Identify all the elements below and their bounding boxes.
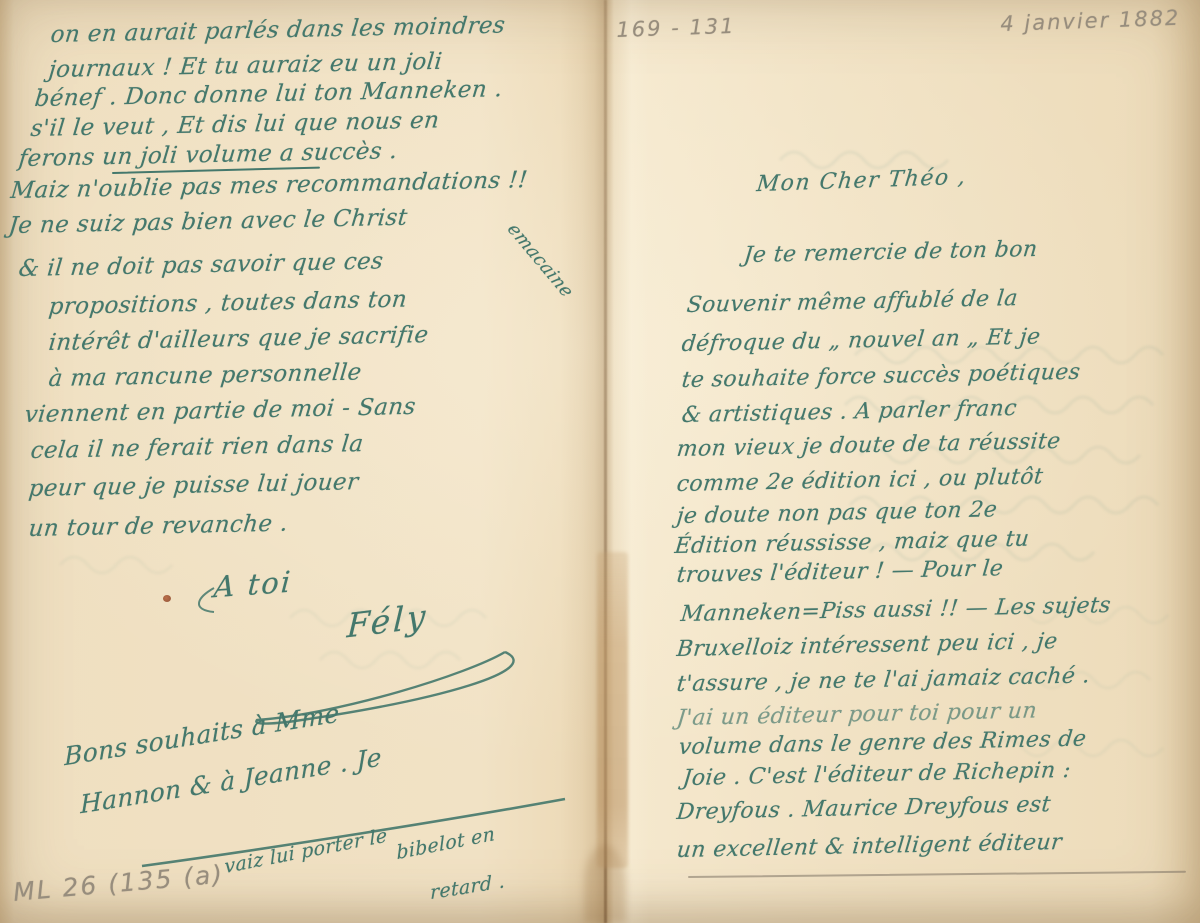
letter-line: Dreyfous . Maurice Dreyfous est — [675, 792, 1052, 825]
letter-line: défroque du „ nouvel an „ Et je — [680, 324, 1041, 357]
salutation: Mon Cher Théo , — [755, 165, 968, 197]
letter-line: comme 2e édition ici , ou plutôt — [675, 464, 1044, 497]
letter-line: un excellent & intelligent éditeur — [675, 830, 1063, 863]
letter-line: te souhaite force succès poétiques — [680, 360, 1081, 393]
letter-line: Je te remercie de ton bon — [742, 237, 1038, 268]
date-annotation: 4 janvier 1882 — [1000, 6, 1181, 36]
letter-line: je doute non pas que ton 2e — [675, 497, 998, 529]
letter-line: J'ai un éditeur pour toi pour un — [675, 698, 1038, 731]
letter-line: Souvenir même affublé de la — [685, 286, 1019, 318]
letter-line: trouves l'éditeur ! — Pour le — [675, 556, 1004, 588]
letter-line: mon vieux je doute de ta réussite — [675, 429, 1061, 462]
letter-line: volume dans le genre des Rimes de — [677, 726, 1087, 760]
pencil-rule — [688, 871, 1186, 878]
letter-scan: on en aurait parlés dans les moindres jo… — [0, 0, 1200, 923]
letter-line: Édition réussisse , maiz que tu — [673, 527, 1030, 559]
letter-line: Joie . C'est l'éditeur de Richepin : — [681, 758, 1072, 791]
letter-line: & artistiques . A parler franc — [680, 396, 1018, 428]
letter-line: Manneken=Piss aussi !! — Les sujets — [679, 593, 1112, 627]
letter-line: Bruxelloiz intéressent peu ici , je — [675, 629, 1058, 662]
right-page: 169 - 131 4 janvier 1882 Mon Cher Théo ,… — [0, 0, 1200, 923]
letter-line: t'assure , je ne te l'ai jamaiz caché . — [675, 663, 1091, 697]
folio-annotation: 169 - 131 — [616, 14, 736, 42]
